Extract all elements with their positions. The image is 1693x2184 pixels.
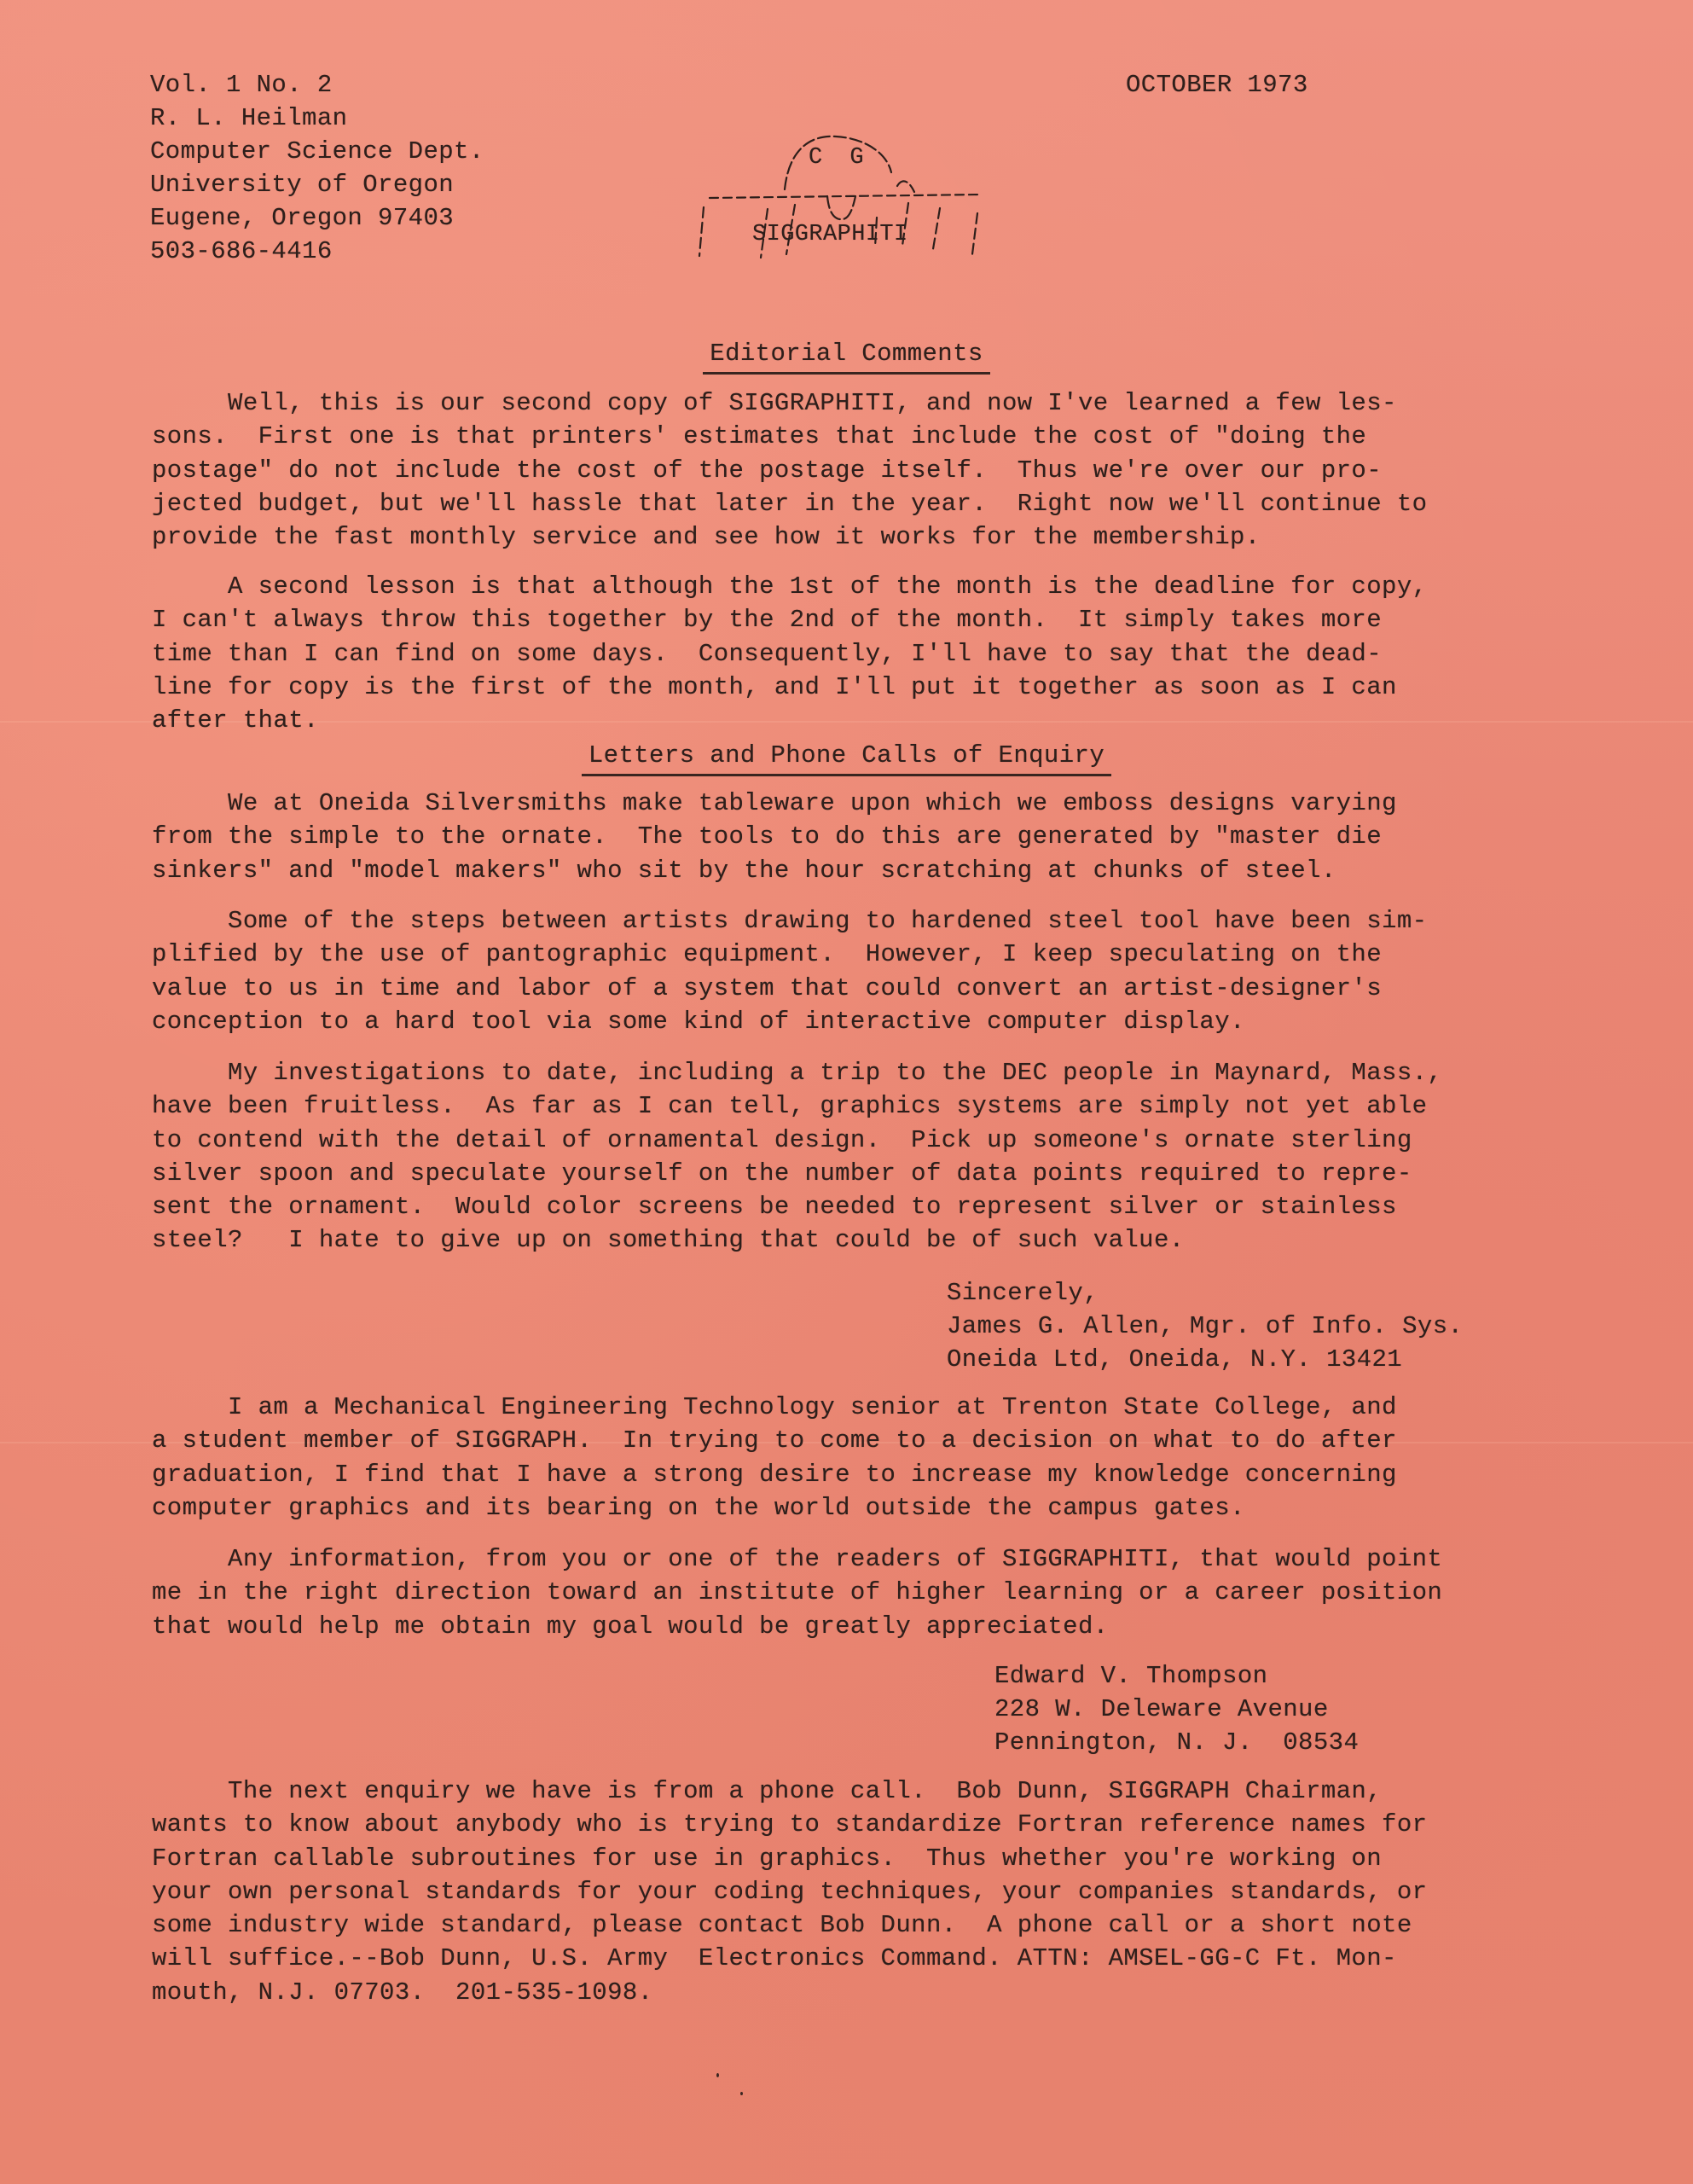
signer-address: Oneida Ltd, Oneida, N.Y. 13421 (947, 1343, 1463, 1376)
section-title-enquiry: Letters and Phone Calls of Enquiry (0, 739, 1693, 776)
oneida-letter-paragraph-2: Some of the steps between artists drawin… (152, 904, 1568, 1038)
text-line: Some of the steps between artists drawin… (152, 904, 1568, 938)
volume-number: Vol. 1 No. 2 (150, 68, 484, 102)
text-line: provide the fast monthly service and see… (152, 520, 1568, 554)
oneida-letter-paragraph-3: My investigations to date, including a t… (152, 1056, 1568, 1258)
newsletter-page: Vol. 1 No. 2 R. L. Heilman Computer Scie… (0, 0, 1693, 2184)
text-line: The next enquiry we have is from a phone… (152, 1774, 1568, 1808)
siggraphiti-logo: C G SIGGRAPHITI (682, 119, 1006, 264)
paper-speck (716, 2073, 719, 2077)
text-line: time than I can find on some days. Conse… (152, 637, 1568, 671)
department: Computer Science Dept. (150, 135, 484, 168)
text-line: a student member of SIGGRAPH. In trying … (152, 1424, 1568, 1457)
editorial-paragraph-2: A second lesson is that although the 1st… (152, 570, 1568, 737)
text-line: your own personal standards for your cod… (152, 1875, 1568, 1908)
text-line: have been fruitless. As far as I can tel… (152, 1089, 1568, 1123)
text-line: sons. First one is that printers' estima… (152, 420, 1568, 453)
text-line: steel? I hate to give up on something th… (152, 1223, 1568, 1257)
text-line: line for copy is the first of the month,… (152, 671, 1568, 704)
signature-james-allen: Sincerely, James G. Allen, Mgr. of Info.… (947, 1276, 1463, 1376)
text-line: graduation, I find that I have a strong … (152, 1458, 1568, 1491)
text-line: value to us in time and labor of a syste… (152, 972, 1568, 1005)
text-line: sinkers" and "model makers" who sit by t… (152, 854, 1568, 887)
text-line: postage" do not include the cost of the … (152, 454, 1568, 487)
text-line: to contend with the detail of ornamental… (152, 1124, 1568, 1157)
signer-name: Edward V. Thompson (994, 1659, 1359, 1693)
newsletter-title: SIGGRAPHITI (752, 222, 908, 247)
thompson-letter-paragraph-2: Any information, from you or one of the … (152, 1542, 1568, 1643)
university: University of Oregon (150, 168, 484, 201)
text-line: jected budget, but we'll hassle that lat… (152, 487, 1568, 520)
closing: Sincerely, (947, 1276, 1463, 1310)
city-address: Eugene, Oregon 97403 (150, 201, 484, 235)
text-line: that would help me obtain my goal would … (152, 1610, 1568, 1643)
section-heading: Letters and Phone Calls of Enquiry (582, 739, 1111, 776)
signer-street: 228 W. Deleware Avenue (994, 1693, 1359, 1726)
text-line: I am a Mechanical Engineering Technology… (152, 1391, 1568, 1424)
section-title-editorial: Editorial Comments (0, 337, 1693, 375)
text-line: me in the right direction toward an inst… (152, 1576, 1568, 1609)
text-line: plified by the use of pantographic equip… (152, 938, 1568, 971)
oneida-letter-paragraph-1: We at Oneida Silversmiths make tableware… (152, 787, 1568, 887)
phone-number: 503-686-4416 (150, 235, 484, 268)
text-line: Any information, from you or one of the … (152, 1542, 1568, 1576)
text-line: after that. (152, 704, 1568, 737)
section-heading: Editorial Comments (703, 337, 989, 375)
text-line: Well, this is our second copy of SIGGRAP… (152, 386, 1568, 420)
issue-date: OCTOBER 1973 (1126, 68, 1308, 102)
thompson-letter-paragraph-1: I am a Mechanical Engineering Technology… (152, 1391, 1568, 1525)
text-line: I can't always throw this together by th… (152, 603, 1568, 636)
text-line: We at Oneida Silversmiths make tableware… (152, 787, 1568, 820)
text-line: wants to know about anybody who is tryin… (152, 1808, 1568, 1841)
text-line: will suffice.--Bob Dunn, U.S. Army Elect… (152, 1942, 1568, 1975)
text-line: sent the ornament. Would color screens b… (152, 1190, 1568, 1223)
text-line: computer graphics and its bearing on the… (152, 1491, 1568, 1525)
editorial-paragraph-1: Well, this is our second copy of SIGGRAP… (152, 386, 1568, 554)
text-line: silver spoon and speculate yourself on t… (152, 1157, 1568, 1190)
text-line: from the simple to the ornate. The tools… (152, 820, 1568, 853)
text-line: some industry wide standard, please cont… (152, 1908, 1568, 1942)
logo-initials: C G (809, 145, 871, 171)
text-line: Fortran callable subroutines for use in … (152, 1842, 1568, 1875)
signer-city: Pennington, N. J. 08534 (994, 1726, 1359, 1759)
signature-edward-thompson: Edward V. Thompson 228 W. Deleware Avenu… (994, 1659, 1359, 1759)
phone-enquiry-paragraph: The next enquiry we have is from a phone… (152, 1774, 1568, 2009)
text-line: My investigations to date, including a t… (152, 1056, 1568, 1089)
text-line: mouth, N.J. 07703. 201-535-1098. (152, 1976, 1568, 2009)
paper-speck (740, 2092, 743, 2095)
text-line: conception to a hard tool via some kind … (152, 1005, 1568, 1038)
masthead-address-block: Vol. 1 No. 2 R. L. Heilman Computer Scie… (150, 68, 484, 268)
editor-name: R. L. Heilman (150, 102, 484, 135)
signer-name: James G. Allen, Mgr. of Info. Sys. (947, 1310, 1463, 1343)
text-line: A second lesson is that although the 1st… (152, 570, 1568, 603)
